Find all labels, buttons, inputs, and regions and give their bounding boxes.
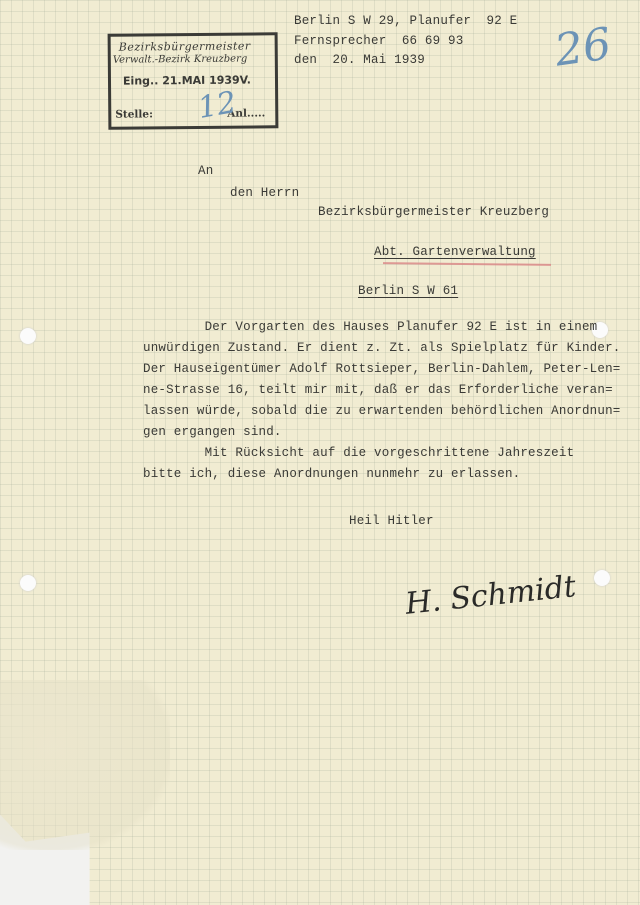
letter-date: den 20. Mai 1939: [294, 53, 425, 67]
body-line: bitte ich, diese Anordnungen nunmehr zu …: [143, 467, 520, 481]
stamp-district: Verwalt.-Bezirk Kreuzberg: [113, 54, 248, 66]
handwritten-stamp-note: 12: [195, 85, 239, 126]
punch-hole: [20, 575, 36, 591]
page-number-handwritten: 26: [552, 18, 615, 76]
stamp-office: Bezirksbürgermeister: [119, 39, 251, 53]
punch-hole: [594, 570, 610, 586]
sender-phone: Fernsprecher 66 69 93: [294, 34, 463, 48]
punch-hole: [20, 328, 36, 344]
recipient-herrn: den Herrn: [230, 186, 299, 200]
body-line: Der Vorgarten des Hauses Planufer 92 E i…: [143, 320, 597, 334]
recipient-an: An: [198, 164, 213, 178]
body-line: lassen würde, sobald die zu erwartenden …: [143, 404, 620, 418]
body-line: gen ergangen sind.: [143, 425, 282, 439]
body-line: unwürdigen Zustand. Er dient z. Zt. als …: [143, 341, 620, 355]
recipient-city: Berlin S W 61: [358, 284, 458, 298]
recipient-title: Bezirksbürgermeister Kreuzberg: [318, 205, 549, 219]
body-line: Der Hauseigentümer Adolf Rottsieper, Ber…: [143, 362, 620, 376]
received-stamp: Bezirksbürgermeister Verwalt.-Bezirk Kre…: [108, 32, 279, 129]
closing-salutation: Heil Hitler: [349, 514, 434, 528]
body-line: Mit Rücksicht auf die vorgeschrittene Ja…: [143, 446, 574, 460]
recipient-department: Abt. Gartenverwaltung: [374, 245, 536, 259]
sender-address: Berlin S W 29, Planufer 92 E: [294, 14, 517, 28]
body-line: ne-Strasse 16, teilt mir mit, daß er das…: [143, 383, 613, 397]
stamp-stelle: Stelle:: [115, 108, 153, 120]
